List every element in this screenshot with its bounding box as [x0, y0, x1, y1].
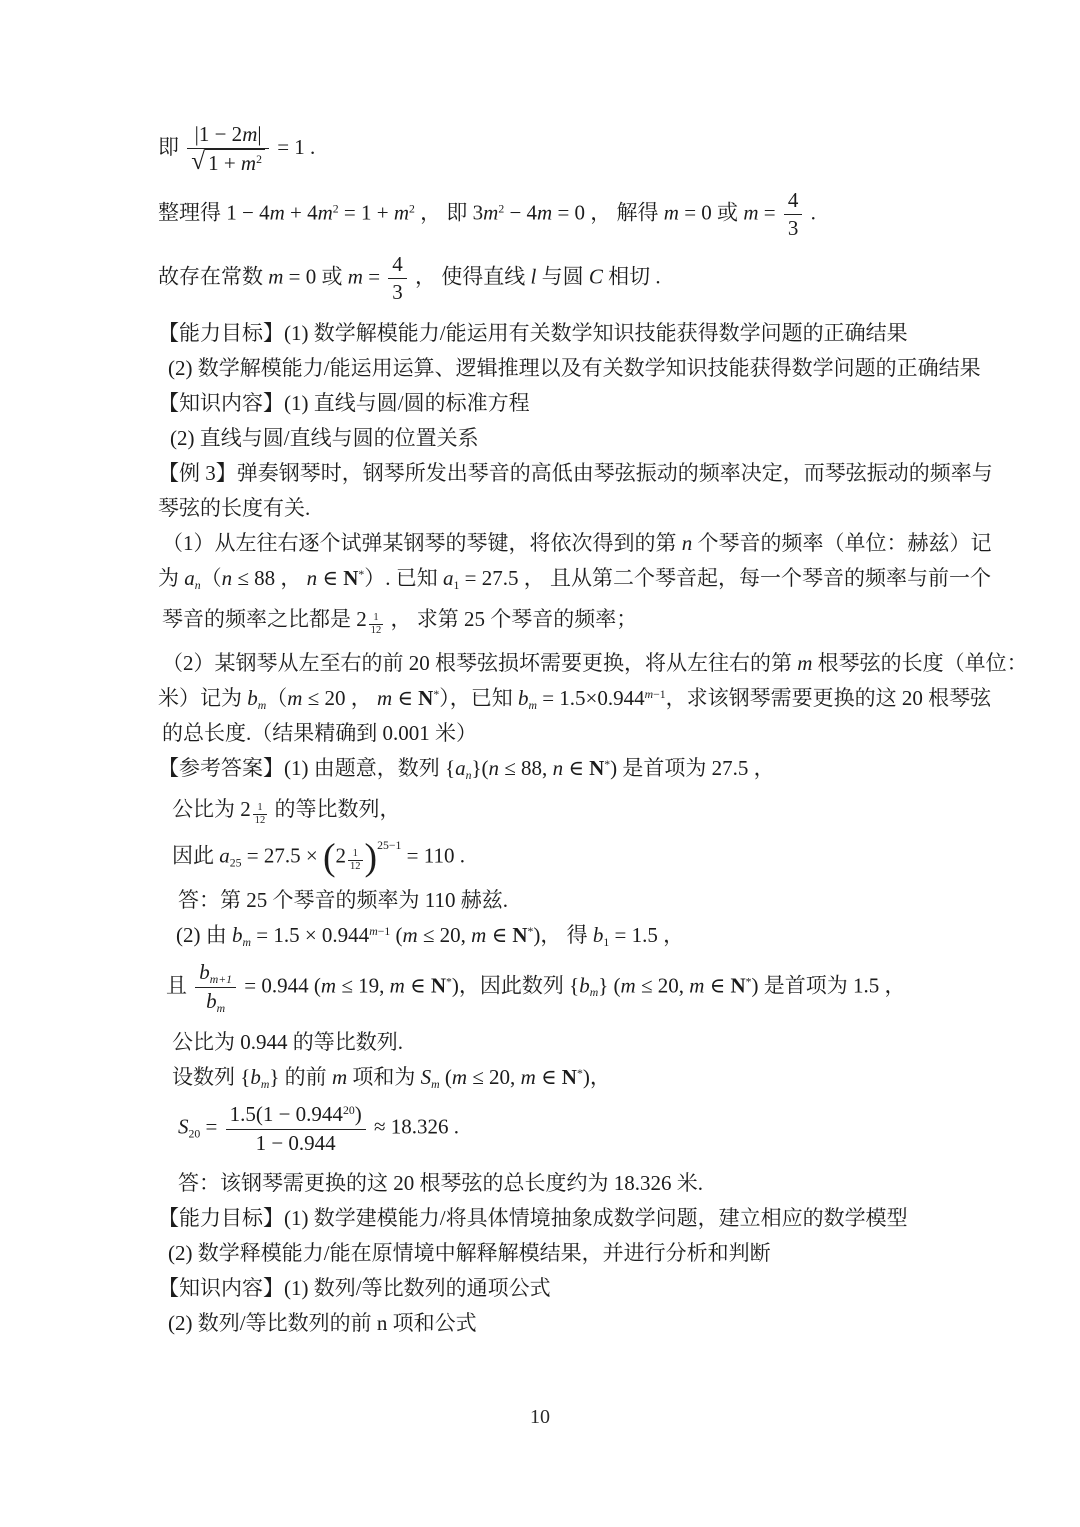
text-run: 答：第 25 个琴音的频率为 110 赫兹.: [178, 888, 508, 912]
text-run: }(: [471, 756, 488, 780]
answer-part2-b1: (2) 由 bm = 1.5 × 0.944m−1 (m ≤ 20, m ∈ N…: [158, 918, 973, 952]
text-run: =: [200, 1115, 222, 1139]
ability-goals-header-2: 【能力目标】(1) 数学建模能力/将具体情境抽象成数学问题，建立相应的数学模型: [158, 1201, 973, 1235]
ability-goals-header-1: 【能力目标】(1) 数学解模能力/能运用有关数学知识技能获得数学问题的正确结果: [158, 316, 973, 350]
math-variable: m: [537, 200, 552, 224]
subscript: m: [528, 699, 537, 712]
math-variable: m: [268, 265, 283, 289]
math-variable: m: [689, 974, 704, 998]
text-run: ) 是首项为 1.5 ，: [751, 974, 905, 998]
text-run: ∈: [536, 1065, 562, 1089]
text-run: 【知识内容】(1) 直线与圆/圆的标准方程: [158, 391, 530, 415]
math-variable: m: [621, 974, 636, 998]
text-run: 设数列 {: [172, 1065, 250, 1089]
big-paren: ): [365, 836, 378, 878]
text-run: 相切 .: [603, 265, 661, 289]
sup-frac-numerator: 1: [253, 802, 268, 815]
superscript: m: [645, 688, 654, 701]
text-run: } (: [598, 974, 620, 998]
subscript: m+1: [210, 973, 232, 986]
answer-part2-sum-def: 设数列 {bm} 的前 m 项和为 Sm (m ≤ 20, m ∈ N*)，: [158, 1060, 973, 1094]
math-variable: b: [250, 1065, 261, 1089]
math-variable: C: [589, 265, 603, 289]
math-variable: m: [471, 923, 486, 947]
math-set-symbol: N: [343, 566, 358, 590]
text-run: ∈: [704, 974, 730, 998]
text-run: − 4: [504, 200, 537, 224]
superscript-fraction: 112: [253, 802, 268, 827]
math-variable: m: [287, 686, 302, 710]
math-variable: m: [394, 200, 409, 224]
sup-frac-denominator: 12: [369, 625, 384, 637]
superscript: m: [369, 925, 378, 938]
document-content: 即 |1 − 2m|√1 + m2 = 1 .整理得 1 − 4m + 4m2 …: [158, 114, 973, 1341]
text-run: )，因此数列 {: [452, 974, 579, 998]
text-run: 答：该钢琴需更换的这 20 根琴弦的总长度约为 18.326 米.: [178, 1171, 703, 1195]
text-run: )， 得: [533, 923, 593, 947]
math-variable: n: [682, 531, 693, 555]
math-variable: m: [348, 265, 363, 289]
text-run: 1 +: [208, 151, 241, 175]
math-set-symbol: N: [418, 686, 433, 710]
superscript-fraction: 112: [369, 612, 384, 637]
subscript: m: [431, 1078, 440, 1091]
answer-common-ratio: 公比为 2112 的等比数列，: [158, 792, 973, 827]
page-number: 10: [0, 1406, 1080, 1429]
text-run: 3: [392, 280, 403, 304]
answer-a25-formula: 因此 a25 = 27.5 × (2112)25−1 = 110 .: [158, 836, 973, 875]
text-run: ) 是首项为 27.5 ，: [610, 756, 775, 780]
ability-goal-2-item-2: (2) 数学释模能力/能在原情境中解释解模结果，并进行分析和判断: [158, 1236, 973, 1270]
sup-frac-numerator: 1: [348, 848, 363, 861]
text-run: ∈: [405, 974, 431, 998]
math-variable: S: [178, 1115, 189, 1139]
math-variable: b: [579, 974, 590, 998]
text-run: = 0 或: [679, 200, 743, 224]
fraction: 1.5(1 − 0.94420)1 − 0.944: [226, 1101, 366, 1157]
text-run: = 27.5 ， 且从第二个琴音起，每一个琴音的频率与前一个: [459, 566, 991, 590]
math-variable: m: [797, 651, 812, 675]
text-run: ≤ 88 ，: [232, 566, 307, 590]
sup-frac-denominator: 12: [253, 815, 268, 827]
math-set-symbol: N: [512, 923, 527, 947]
text-run: (: [440, 1065, 452, 1089]
text-run: ）. 已知: [364, 566, 443, 590]
text-run: 2: [336, 843, 347, 867]
fraction-numerator: bm+1: [195, 959, 236, 988]
math-set-symbol: N: [589, 756, 604, 780]
radical-sign: √: [191, 149, 205, 175]
math-variable: n: [553, 756, 564, 780]
text-run: ≤ 19,: [336, 974, 390, 998]
math-variable: b: [206, 989, 217, 1013]
text-run: = 27.5 ×: [242, 843, 323, 867]
math-variable: n: [307, 566, 318, 590]
text-run: (2) 数列/等比数列的前 n 项和公式: [168, 1311, 477, 1335]
math-set-symbol: N: [431, 974, 446, 998]
math-variable: a: [443, 566, 454, 590]
text-run: + 4: [285, 200, 318, 224]
text-run: （: [266, 686, 287, 710]
math-variable: m: [241, 151, 256, 175]
part1-question-cont1: 为 an（n ≤ 88 ， n ∈ N*）. 已知 a1 = 27.5 ， 且从…: [158, 561, 973, 595]
text-run: = 1.5×0.944: [537, 686, 645, 710]
text-run: )，: [583, 1065, 611, 1089]
part1-question: （1）从左往右逐个试弹某钢琴的琴键，将依次得到的第 n 个琴音的频率（单位：赫兹…: [158, 526, 973, 560]
knowledge-1-item-2: (2) 直线与圆/直线与圆的位置关系: [158, 421, 973, 455]
math-variable: m: [270, 200, 285, 224]
math-variable: b: [247, 686, 258, 710]
text-run: 4: [392, 252, 403, 276]
text-run: 【参考答案】(1) 由题意，数列 {: [158, 756, 455, 780]
example-3-intro-cont: 琴弦的长度有关.: [158, 491, 973, 525]
knowledge-header-2: 【知识内容】(1) 数列/等比数列的通项公式: [158, 1271, 973, 1305]
text-run: 整理得 1 − 4: [158, 200, 270, 224]
fraction: |1 − 2m|√1 + m2: [187, 121, 269, 178]
text-run: ≤ 20 ，: [302, 686, 377, 710]
fraction-denominator: √1 + m2: [187, 149, 269, 177]
math-variable: m: [483, 200, 498, 224]
fraction: bm+1bm: [195, 959, 236, 1016]
subscript: 20: [189, 1128, 201, 1141]
text-run: (2) 数学解模能力/能运用运算、逻辑推理以及有关数学知识技能获得数学问题的正确…: [168, 356, 981, 380]
text-run: ， 即 3: [415, 200, 483, 224]
math-variable: n: [489, 756, 500, 780]
math-variable: a: [455, 756, 466, 780]
eq-distance-condition: 即 |1 − 2m|√1 + m2 = 1 .: [158, 121, 973, 178]
big-paren: (: [323, 836, 336, 878]
text-run: = 0 或: [283, 265, 347, 289]
fraction-numerator: |1 − 2m|: [187, 121, 269, 149]
math-variable: a: [184, 566, 195, 590]
text-run: } 的前: [269, 1065, 332, 1089]
text-run: ，求该钢琴需要更换的这 20 根琴弦: [666, 686, 992, 710]
text-run: ≈ 18.326 .: [369, 1115, 459, 1139]
text-run: ≤ 88,: [499, 756, 553, 780]
superscript: −1: [378, 925, 391, 938]
text-run: = 1.5 × 0.944: [251, 923, 369, 947]
ability-goal-1-item-2: (2) 数学解模能力/能运用运算、逻辑推理以及有关数学知识技能获得数学问题的正确…: [158, 351, 973, 385]
text-run: =: [363, 265, 385, 289]
text-run: 4: [788, 188, 799, 212]
math-variable: a: [219, 843, 230, 867]
sqrt-radical: √1 + m2: [191, 149, 265, 177]
fraction-numerator: 4: [388, 251, 407, 279]
math-variable: m: [318, 200, 333, 224]
text-run: 且: [166, 974, 192, 998]
text-run: 1 − 0.944: [256, 1131, 336, 1155]
text-run: = 0 ， 解得: [552, 200, 664, 224]
text-run: 根琴弦的长度（单位：: [812, 651, 1027, 675]
math-set-symbol: N: [562, 1065, 577, 1089]
text-run: = 1 +: [339, 200, 394, 224]
text-run: 即: [158, 135, 184, 159]
math-variable: n: [222, 566, 233, 590]
text-run: 为: [158, 566, 184, 590]
math-variable: m: [521, 1065, 536, 1089]
math-variable: m: [332, 1065, 347, 1089]
superscript: 2: [256, 153, 262, 166]
text-run: 公比为 0.944 的等比数列.: [172, 1030, 403, 1054]
answer-part2-conclusion: 答：该钢琴需更换的这 20 根琴弦的总长度约为 18.326 米.: [158, 1166, 973, 1200]
subscript: m: [243, 936, 252, 949]
text-run: 【能力目标】(1) 数学解模能力/能运用有关数学知识技能获得数学问题的正确结果: [158, 321, 908, 345]
text-run: (2) 数学释模能力/能在原情境中解释解模结果，并进行分析和判断: [168, 1241, 771, 1265]
text-run: = 1.5 ，: [609, 923, 684, 947]
math-variable: b: [199, 960, 210, 984]
fraction: 43: [784, 187, 803, 243]
text-run: 琴弦的长度有关.: [158, 496, 310, 520]
text-run: ∈: [486, 923, 512, 947]
math-variable: b: [232, 923, 243, 947]
eq-simplify: 整理得 1 − 4m + 4m2 = 1 + m2 ， 即 3m2 − 4m =…: [158, 187, 973, 243]
text-run: 公比为 2: [172, 797, 251, 821]
math-variable: m: [664, 200, 679, 224]
text-run: 3: [788, 216, 799, 240]
text-run: ≤ 20,: [636, 974, 690, 998]
answer-part2-common-ratio: 公比为 0.944 的等比数列.: [158, 1025, 973, 1059]
sup-frac-numerator: 1: [369, 612, 384, 625]
math-variable: m: [402, 923, 417, 947]
text-run: 【例 3】弹奏钢琴时，钢琴所发出琴音的高低由琴弦振动的频率决定，而琴弦振动的频率…: [158, 461, 993, 485]
sup-frac-denominator: 12: [348, 861, 363, 873]
subscript: m: [217, 1002, 226, 1015]
text-run: = 110 .: [401, 843, 465, 867]
answer-part2-ratio: 且 bm+1bm = 0.944 (m ≤ 19, m ∈ N*)，因此数列 {…: [158, 959, 973, 1016]
text-run: ∈: [392, 686, 418, 710]
reference-answer-part1: 【参考答案】(1) 由题意，数列 {an}(n ≤ 88, n ∈ N*) 是首…: [158, 751, 973, 785]
text-run: 米）记为: [158, 686, 247, 710]
exponent: 25−1: [377, 839, 401, 852]
subscript: m: [258, 699, 267, 712]
text-run: （2）某钢琴从左至右的前 20 根琴弦损坏需要更换，将从左往右的第: [162, 651, 797, 675]
text-run: ∈: [317, 566, 343, 590]
text-run: 项和为: [347, 1065, 421, 1089]
document-page: 即 |1 − 2m|√1 + m2 = 1 .整理得 1 − 4m + 4m2 …: [0, 0, 1080, 1527]
math-variable: m: [321, 974, 336, 998]
text-run: 1.5(1 − 0.944: [230, 1102, 343, 1126]
subscript: 25: [230, 856, 242, 869]
text-run: ），已知: [439, 686, 518, 710]
fraction: 43: [388, 251, 407, 307]
math-variable: m: [242, 122, 257, 146]
fraction-denominator: 3: [784, 215, 803, 242]
fraction-numerator: 4: [784, 187, 803, 215]
fraction-denominator: 1 − 0.944: [226, 1130, 366, 1157]
knowledge-2-item-2: (2) 数列/等比数列的前 n 项和公式: [158, 1306, 973, 1340]
text-run: 【能力目标】(1) 数学建模能力/将具体情境抽象成数学问题，建立相应的数学模型: [158, 1206, 908, 1230]
text-run: (2) 由: [176, 923, 232, 947]
text-run: 因此: [172, 843, 219, 867]
math-variable: b: [518, 686, 529, 710]
text-run: 故存在常数: [158, 265, 268, 289]
answer-part1-conclusion: 答：第 25 个琴音的频率为 110 赫兹.: [158, 883, 973, 917]
text-run: (2) 直线与圆/直线与圆的位置关系: [170, 426, 479, 450]
superscript: −1: [653, 688, 666, 701]
text-run: ≤ 20,: [418, 923, 472, 947]
text-run: (: [390, 923, 402, 947]
text-run: （1）从左往右逐个试弹某钢琴的琴键，将依次得到的第: [162, 531, 682, 555]
text-run: |1 − 2: [195, 122, 243, 146]
text-run: （: [201, 566, 222, 590]
text-run: 的总长度.（结果精确到 0.001 米）: [162, 721, 477, 745]
text-run: ): [355, 1102, 362, 1126]
conclusion-tangent: 故存在常数 m = 0 或 m = 43 ， 使得直线 l 与圆 C 相切 .: [158, 251, 973, 307]
knowledge-header-1: 【知识内容】(1) 直线与圆/圆的标准方程: [158, 386, 973, 420]
text-run: |: [257, 122, 261, 146]
superscript-fraction: 112: [348, 848, 363, 873]
answer-s20-formula: S20 = 1.5(1 − 0.94420)1 − 0.944 ≈ 18.326…: [158, 1101, 973, 1157]
math-set-symbol: N: [730, 974, 745, 998]
text-run: 的等比数列，: [269, 797, 400, 821]
example-3-intro: 【例 3】弹奏钢琴时，钢琴所发出琴音的高低由琴弦振动的频率决定，而琴弦振动的频率…: [158, 456, 973, 490]
math-variable: m: [452, 1065, 467, 1089]
text-run: .: [805, 200, 816, 224]
text-run: 个琴音的频率（单位：赫兹）记: [692, 531, 991, 555]
part2-question-cont1: 米）记为 bm（m ≤ 20 ， m ∈ N*），已知 bm = 1.5×0.9…: [158, 681, 973, 715]
text-run: = 0.944 (: [239, 974, 321, 998]
math-variable: m: [390, 974, 405, 998]
radicand: 1 + m2: [205, 149, 265, 177]
math-variable: b: [593, 923, 604, 947]
text-run: ∈: [563, 756, 589, 780]
text-run: ， 求第 25 个琴音的频率；: [385, 607, 637, 631]
text-run: 与圆: [536, 265, 589, 289]
math-variable: S: [421, 1065, 432, 1089]
text-run: ≤ 20,: [467, 1065, 521, 1089]
part2-question-cont2: 的总长度.（结果精确到 0.001 米）: [158, 716, 973, 750]
text-run: =: [758, 200, 780, 224]
text-run: ， 使得直线: [410, 265, 531, 289]
subscript: m: [590, 986, 599, 999]
fraction-denominator: 3: [388, 279, 407, 306]
part1-question-cont2: 琴音的频率之比都是 2112 ， 求第 25 个琴音的频率；: [158, 602, 973, 637]
text-run: 【知识内容】(1) 数列/等比数列的通项公式: [158, 1276, 551, 1300]
fraction-numerator: 1.5(1 − 0.94420): [226, 1101, 366, 1129]
math-variable: m: [377, 686, 392, 710]
text-run: 琴音的频率之比都是 2: [162, 607, 367, 631]
fraction-denominator: bm: [195, 988, 236, 1016]
text-run: = 1 .: [272, 135, 315, 159]
math-variable: m: [743, 200, 758, 224]
superscript: 20: [343, 1104, 355, 1117]
part2-question: （2）某钢琴从左至右的前 20 根琴弦损坏需要更换，将从左往右的第 m 根琴弦的…: [158, 646, 973, 680]
